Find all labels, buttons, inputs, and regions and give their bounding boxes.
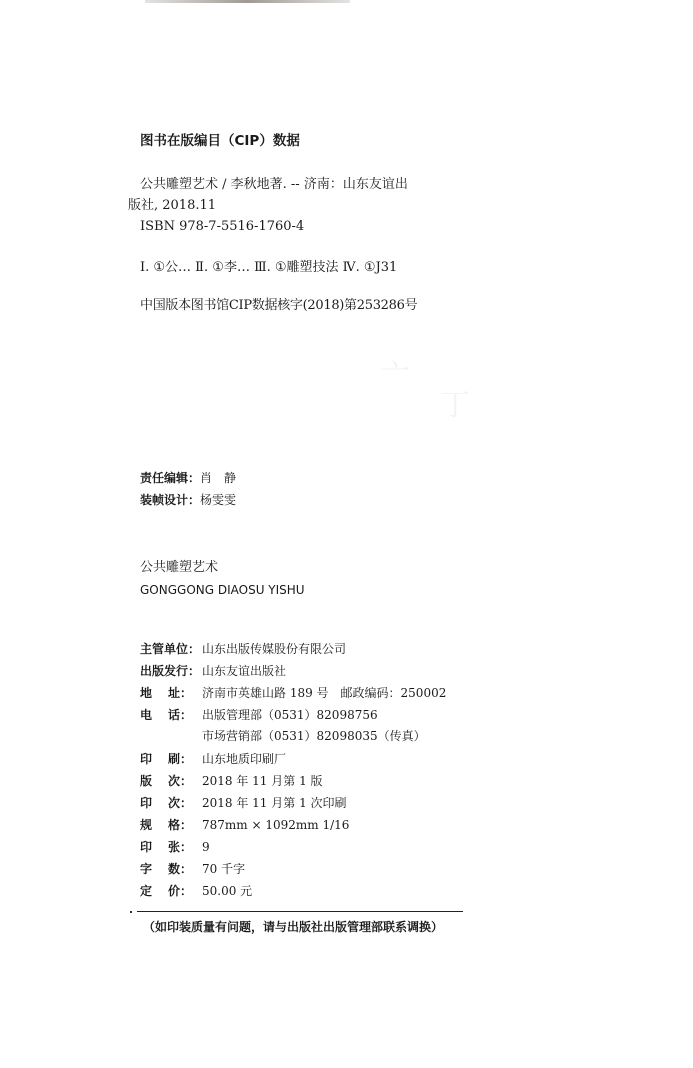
info-label: 电话： — [140, 707, 192, 723]
publication-info-row: 字数：70 千字 — [140, 861, 245, 877]
info-value: 市场营销部（0531）82098035（传真） — [202, 728, 426, 744]
info-label: 规格： — [140, 817, 192, 833]
cip-isbn: ISBN 978-7-5516-1760-4 — [140, 219, 304, 235]
info-value: 9 — [202, 839, 210, 855]
book-title-pinyin: GONGGONG DIAOSU YISHU — [140, 582, 305, 598]
publication-info-row: 印张：9 — [140, 839, 210, 855]
publication-info-row: 印刷：山东地质印刷厂 — [140, 751, 286, 767]
publication-info-row: 出版发行：山东友谊出版社 — [140, 663, 286, 679]
publication-info-row: 电话：出版管理部（0531）82098756 — [140, 707, 378, 723]
info-value: 出版管理部（0531）82098756 — [202, 707, 378, 723]
info-value: 787mm × 1092mm 1/16 — [202, 817, 349, 833]
info-label: 印张： — [140, 839, 192, 855]
responsible-editor: 责任编辑：肖 静 — [140, 470, 236, 486]
cip-classification: Ⅰ. ①公… Ⅱ. ①李… Ⅲ. ①雕塑技法 Ⅳ. ①J31 — [140, 260, 397, 276]
cover-designer: 装帧设计：杨雯雯 — [140, 492, 236, 508]
info-value: 山东出版传媒股份有限公司 — [202, 641, 346, 657]
book-title-chinese: 公共雕塑艺术 — [140, 560, 218, 576]
publication-info-row: 定价：50.00 元 — [140, 883, 252, 899]
editor-label: 责任编辑： — [140, 471, 200, 485]
publication-info-row: 版次：2018 年 11 月第 1 版 — [140, 773, 323, 789]
info-label: 定价： — [140, 883, 192, 899]
designer-name: 杨雯雯 — [200, 493, 236, 507]
info-label: 地址： — [140, 685, 192, 701]
quality-notice: （如印装质量有问题，请与出版社出版管理部联系调换） — [143, 918, 443, 935]
cip-catalog-line-2: 版社, 2018.11 — [128, 198, 216, 214]
editor-name: 肖 静 — [200, 471, 236, 485]
bleed-through-mark: 亠 — [380, 350, 410, 394]
publication-info-row: 地址：济南市英雄山路 189 号 邮政编码：250002 — [140, 685, 446, 701]
info-label — [140, 728, 202, 744]
rule-dot — [130, 911, 132, 913]
divider-rule — [137, 911, 463, 912]
info-label: 印次： — [140, 795, 192, 811]
publication-info-row: 规格：787mm × 1092mm 1/16 — [140, 817, 349, 833]
info-value: 山东地质印刷厂 — [202, 751, 286, 767]
scan-top-edge — [145, 0, 350, 3]
info-label: 主管单位： — [140, 641, 202, 657]
info-value: 50.00 元 — [202, 883, 252, 899]
info-label: 印刷： — [140, 751, 192, 767]
info-value: 山东友谊出版社 — [202, 663, 286, 679]
cip-catalog-line-1: 公共雕塑艺术 / 李秋地著. -- 济南：山东友谊出 — [140, 177, 408, 193]
info-value: 2018 年 11 月第 1 版 — [202, 773, 323, 789]
publication-info-row: 主管单位：山东出版传媒股份有限公司 — [140, 641, 346, 657]
info-value: 济南市英雄山路 189 号 邮政编码：250002 — [202, 685, 446, 701]
bleed-through-mark: 丁 — [440, 380, 470, 424]
cip-title: 图书在版编目（CIP）数据 — [140, 133, 300, 149]
info-label: 字数： — [140, 861, 192, 877]
info-value: 70 千字 — [202, 861, 245, 877]
info-label: 出版发行： — [140, 663, 202, 679]
cip-approval-number: 中国版本图书馆CIP数据核字(2018)第253286号 — [140, 298, 417, 314]
info-value: 2018 年 11 月第 1 次印刷 — [202, 795, 347, 811]
publication-info-row: 市场营销部（0531）82098035（传真） — [140, 728, 426, 744]
designer-label: 装帧设计： — [140, 493, 200, 507]
publication-info-row: 印次：2018 年 11 月第 1 次印刷 — [140, 795, 347, 811]
info-label: 版次： — [140, 773, 192, 789]
